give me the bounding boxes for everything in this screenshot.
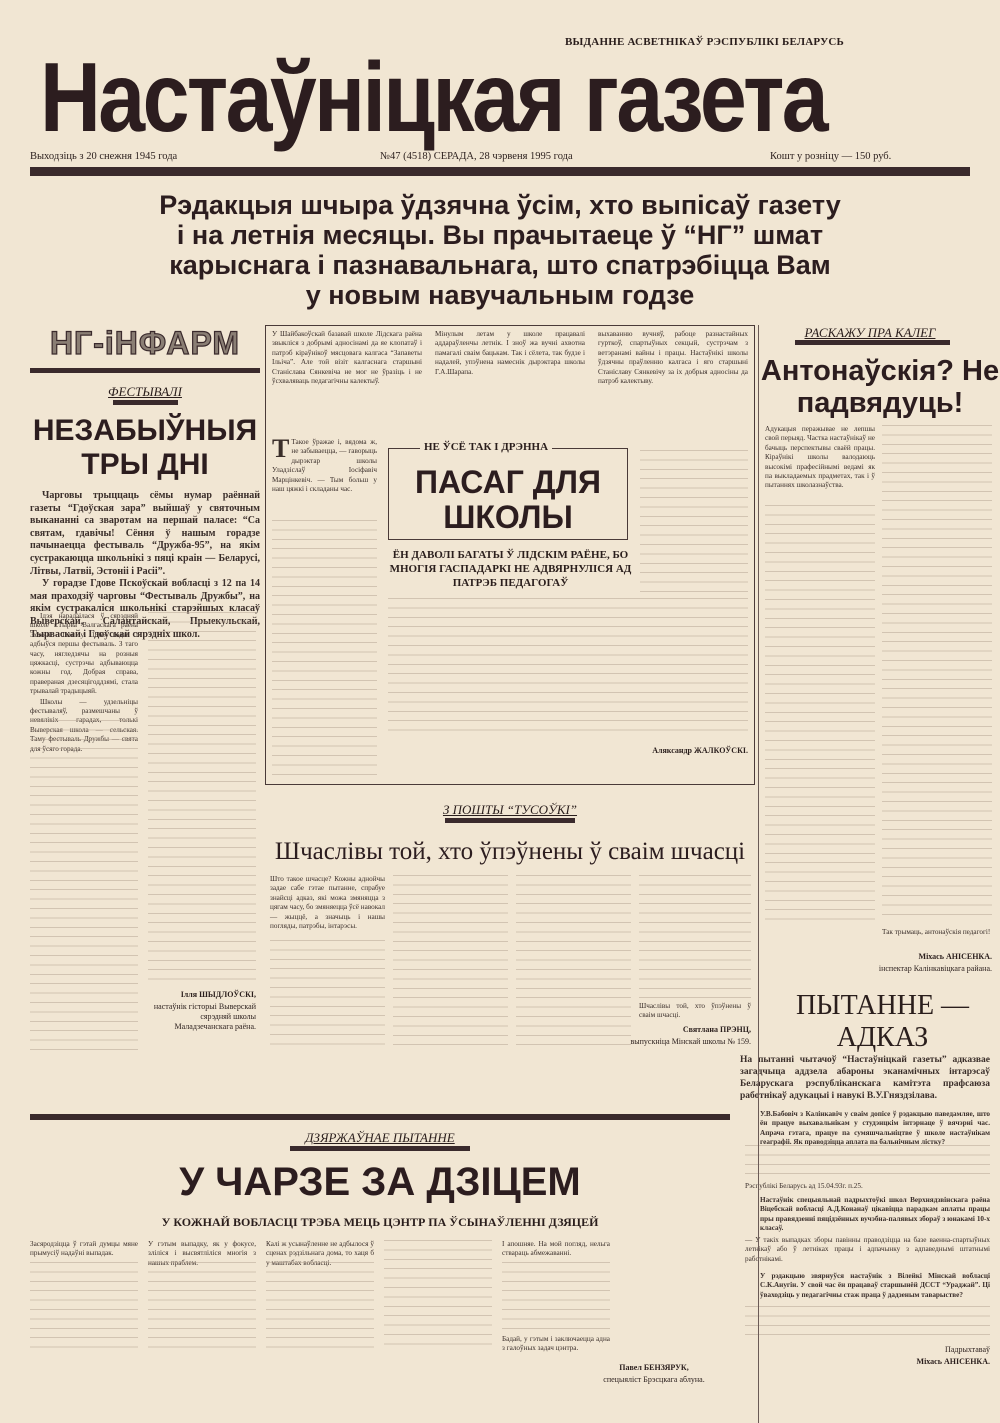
letter-body-col2: [393, 875, 508, 1050]
letter-body-col4: [639, 875, 751, 1000]
newspaper-title: Настаўніцкая газета: [40, 42, 840, 152]
section-rule: [30, 368, 260, 373]
bottom-col1-text: [30, 1262, 138, 1352]
bottom-closing: Бадай, у гэтым і заключаецца адна з гало…: [502, 1335, 610, 1354]
bottom-col5: І апошняе. На мой погляд, нельга стварац…: [502, 1240, 610, 1259]
feature-subhead: ЁН ДАВОЛІ БАГАТЫ Ў ЛІДСКІМ РАЁНЕ, БО МНО…: [388, 548, 633, 590]
letter-author-role: выпускніца Мінскай школы № 159.: [600, 1037, 751, 1047]
headline-dowry-for-school: ПАСАГ ДЛЯ ШКОЛЫ: [392, 465, 624, 535]
qa-answer-1: [745, 1145, 990, 1180]
bottom-author-role: спецыяліст Брэсцкага аблуна.: [580, 1375, 728, 1385]
promo-line: у новым навучальным годзе: [70, 280, 930, 310]
kicker-mail: З ПОШТЫ “ТУСОЎКІ”: [265, 802, 755, 818]
bottom-col1: Засяродзіцца ў гэтай думцы мяне прымусіў…: [30, 1240, 138, 1259]
price: Кошт у розніцу — 150 руб.: [770, 151, 891, 162]
author-role: настаўнік гісторыі Выверскай сярэдняй шк…: [148, 1002, 256, 1032]
letter-author: Святлана ПРЭНЦ,: [600, 1025, 751, 1035]
antonovka-author-role: інспектар Калінкавіцкага райана.: [860, 964, 992, 974]
antonovka-col2: [882, 425, 992, 915]
intro-col1: У Шайбакоўскай базавай школе Лідскага ра…: [272, 330, 422, 386]
intro-col3: выхаванню вучняў, рабоце разнастайных гу…: [598, 330, 748, 386]
founded-date: Выходзіць з 20 снежня 1945 года: [30, 151, 177, 162]
bottom-subhead: У КОЖНАЙ ВОБЛАСЦІ ТРЭБА МЕЦЬ ЦЭНТР ПА ЎС…: [30, 1215, 730, 1230]
feature-col-text: [272, 520, 377, 775]
author-name: Ілля ШЫДЛОЎСКІ,: [148, 990, 256, 1000]
kicker-bar: [795, 340, 950, 345]
column-divider: [758, 325, 759, 1423]
antonovka-body: Адукацыя перажывае не лепшы свой перыяд.…: [765, 425, 875, 491]
section-logo-ng-inform: НГ-іНФАРМ: [30, 325, 260, 362]
qa-answer-3: [745, 1306, 990, 1336]
feature-col4: [640, 450, 748, 595]
intro-col2: Мінулым летам у школе працавалі аддараўл…: [435, 330, 585, 377]
bottom-col2-text: [148, 1262, 256, 1352]
kicker-bar: [445, 818, 575, 823]
article-body-continued: [30, 720, 138, 1055]
headline-happy-is: Шчаслівы той, хто ўпэўнены ў сваім шчасц…: [265, 838, 755, 866]
bottom-col3-text: [266, 1262, 374, 1352]
qa-author: Міхась АНІСЕНКА.: [850, 1357, 990, 1367]
bottom-col5-text: [502, 1262, 610, 1332]
dropcap-paragraph: Т Такое ўражае і, вядома ж, не забываецц…: [272, 438, 377, 494]
promo-line: і на летнія месяцы. Вы прачытаеце ў “НГ”…: [70, 220, 930, 250]
promo-line: карыснага і пазнавальнага, што спатрэбіц…: [70, 250, 930, 280]
section-divider: [30, 1114, 730, 1120]
kicker-about-colleagues: РАСКАЖУ ПРА КАЛЕГ: [765, 325, 975, 341]
qa-prepared-by: Падрыхтаваў: [850, 1345, 990, 1355]
kicker-festivals: ФЕСТЫВАЛІ: [30, 384, 260, 400]
kicker-bar: [290, 1146, 470, 1151]
kicker-bar: [113, 400, 178, 405]
dropcap: Т: [272, 438, 289, 460]
bottom-col4-text: [384, 1240, 492, 1352]
letter-closing: Шчаслівы той, хто ўпэўнены ў сваім шчасц…: [639, 1002, 751, 1021]
headline-antonovka: Антонаўскія? Не падвядуць!: [760, 355, 1000, 419]
headline-queue-for-child: У ЧАРЗЕ ЗА ДЗІЦЕМ: [30, 1160, 730, 1204]
bottom-author: Павел БЕНЗЯРУК,: [580, 1363, 728, 1373]
headline-question-answer: ПЫТАННЕ — АДКАЗ: [765, 990, 1000, 1054]
qa-question-1: У.В.Бабовіч з Калінкавіч у сваім допісе …: [760, 1110, 990, 1148]
article-body-col2: [148, 612, 256, 987]
qa-answer-2: — У такіх выпадках зборы павінны праводз…: [745, 1236, 990, 1264]
letter-body: Што такое шчасце? Кожны аднойчы задае са…: [270, 875, 385, 931]
headline-unforgettable-days: НЕЗАБЫЎНЫЯ ТРЫ ДНІ: [30, 414, 260, 482]
qa-question-2: Настаўнік спецыяльнай падрыхтоўкі школ В…: [760, 1196, 990, 1234]
qa-reference: Рэспублікі Беларусь ад 15.04.93г. п.25.: [745, 1182, 990, 1191]
subscription-promo: Рэдакцыя шчыра ўдзячна ўсім, хто выпісаў…: [70, 190, 930, 310]
qa-intro: На пытанні чытачоў “Настаўніцкай газеты”…: [740, 1054, 990, 1102]
antonovka-closing: Так трымаць, антонаўскія педагогі!: [882, 928, 992, 937]
issue-info: №47 (4518) СЕРАДА, 28 чэрвеня 1995 года: [380, 151, 573, 162]
feature-signature: Аляксандр ЖАЛКОЎСКІ.: [600, 746, 748, 756]
qa-question-3: У рэдакцыю звярнуўся настаўнік з Вілейкі…: [760, 1272, 990, 1300]
antonovka-author: Міхась АНІСЕНКА.: [860, 952, 992, 962]
antonovka-col1: [765, 505, 875, 920]
masthead-rule: [30, 167, 970, 176]
kicker-state-question: ДЗЯРЖАЎНАЕ ПЫТАННЕ: [30, 1130, 730, 1146]
promo-line: Рэдакцыя шчыра ўдзячна ўсім, хто выпісаў…: [70, 190, 930, 220]
letter-body-col1: [270, 940, 385, 1050]
letter-body-col3: [516, 875, 631, 1050]
box-kicker: НЕ ЎСЁ ТАК І ДРЭННА: [420, 441, 552, 453]
feature-body: [388, 598, 748, 738]
